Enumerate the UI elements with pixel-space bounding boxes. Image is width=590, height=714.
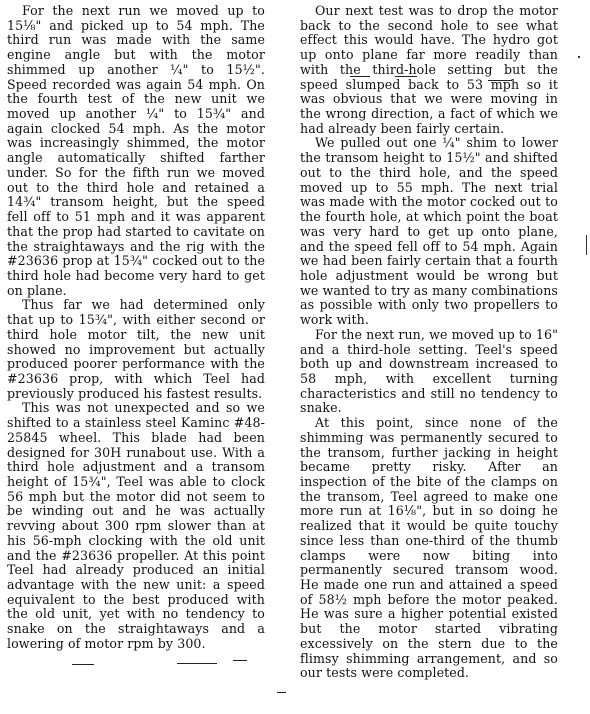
article-paragraph: At this point, since none of the shimmin… bbox=[300, 416, 558, 681]
scan-artifact-line bbox=[233, 660, 247, 661]
article-paragraph: For the next run, we moved up to 16" and… bbox=[300, 328, 558, 416]
article-left-column: For the next run we moved up to 15⅛" and… bbox=[7, 4, 265, 652]
article-paragraph: Thus far we had determined only that up … bbox=[7, 298, 265, 401]
article-paragraph: Our next test was to drop the motor back… bbox=[300, 4, 558, 136]
article-paragraph: For the next run we moved up to 15⅛" and… bbox=[7, 4, 265, 298]
scanned-article-page: For the next run we moved up to 15⅛" and… bbox=[0, 0, 590, 714]
scan-artifact-speck bbox=[578, 56, 580, 58]
scan-artifact-line bbox=[277, 692, 286, 693]
scan-artifact-line bbox=[72, 664, 94, 665]
article-paragraph: This was not unexpected and so we shifte… bbox=[7, 401, 265, 651]
scan-artifact-line bbox=[177, 663, 217, 664]
scan-artifact-line bbox=[350, 76, 370, 77]
scan-artifact-speck bbox=[586, 235, 587, 255]
article-right-column: Our next test was to drop the motor back… bbox=[300, 4, 558, 681]
scan-artifact-line bbox=[488, 80, 512, 81]
scan-artifact-line bbox=[395, 76, 417, 77]
article-paragraph: We pulled out one ¼" shim to lower the t… bbox=[300, 136, 558, 327]
